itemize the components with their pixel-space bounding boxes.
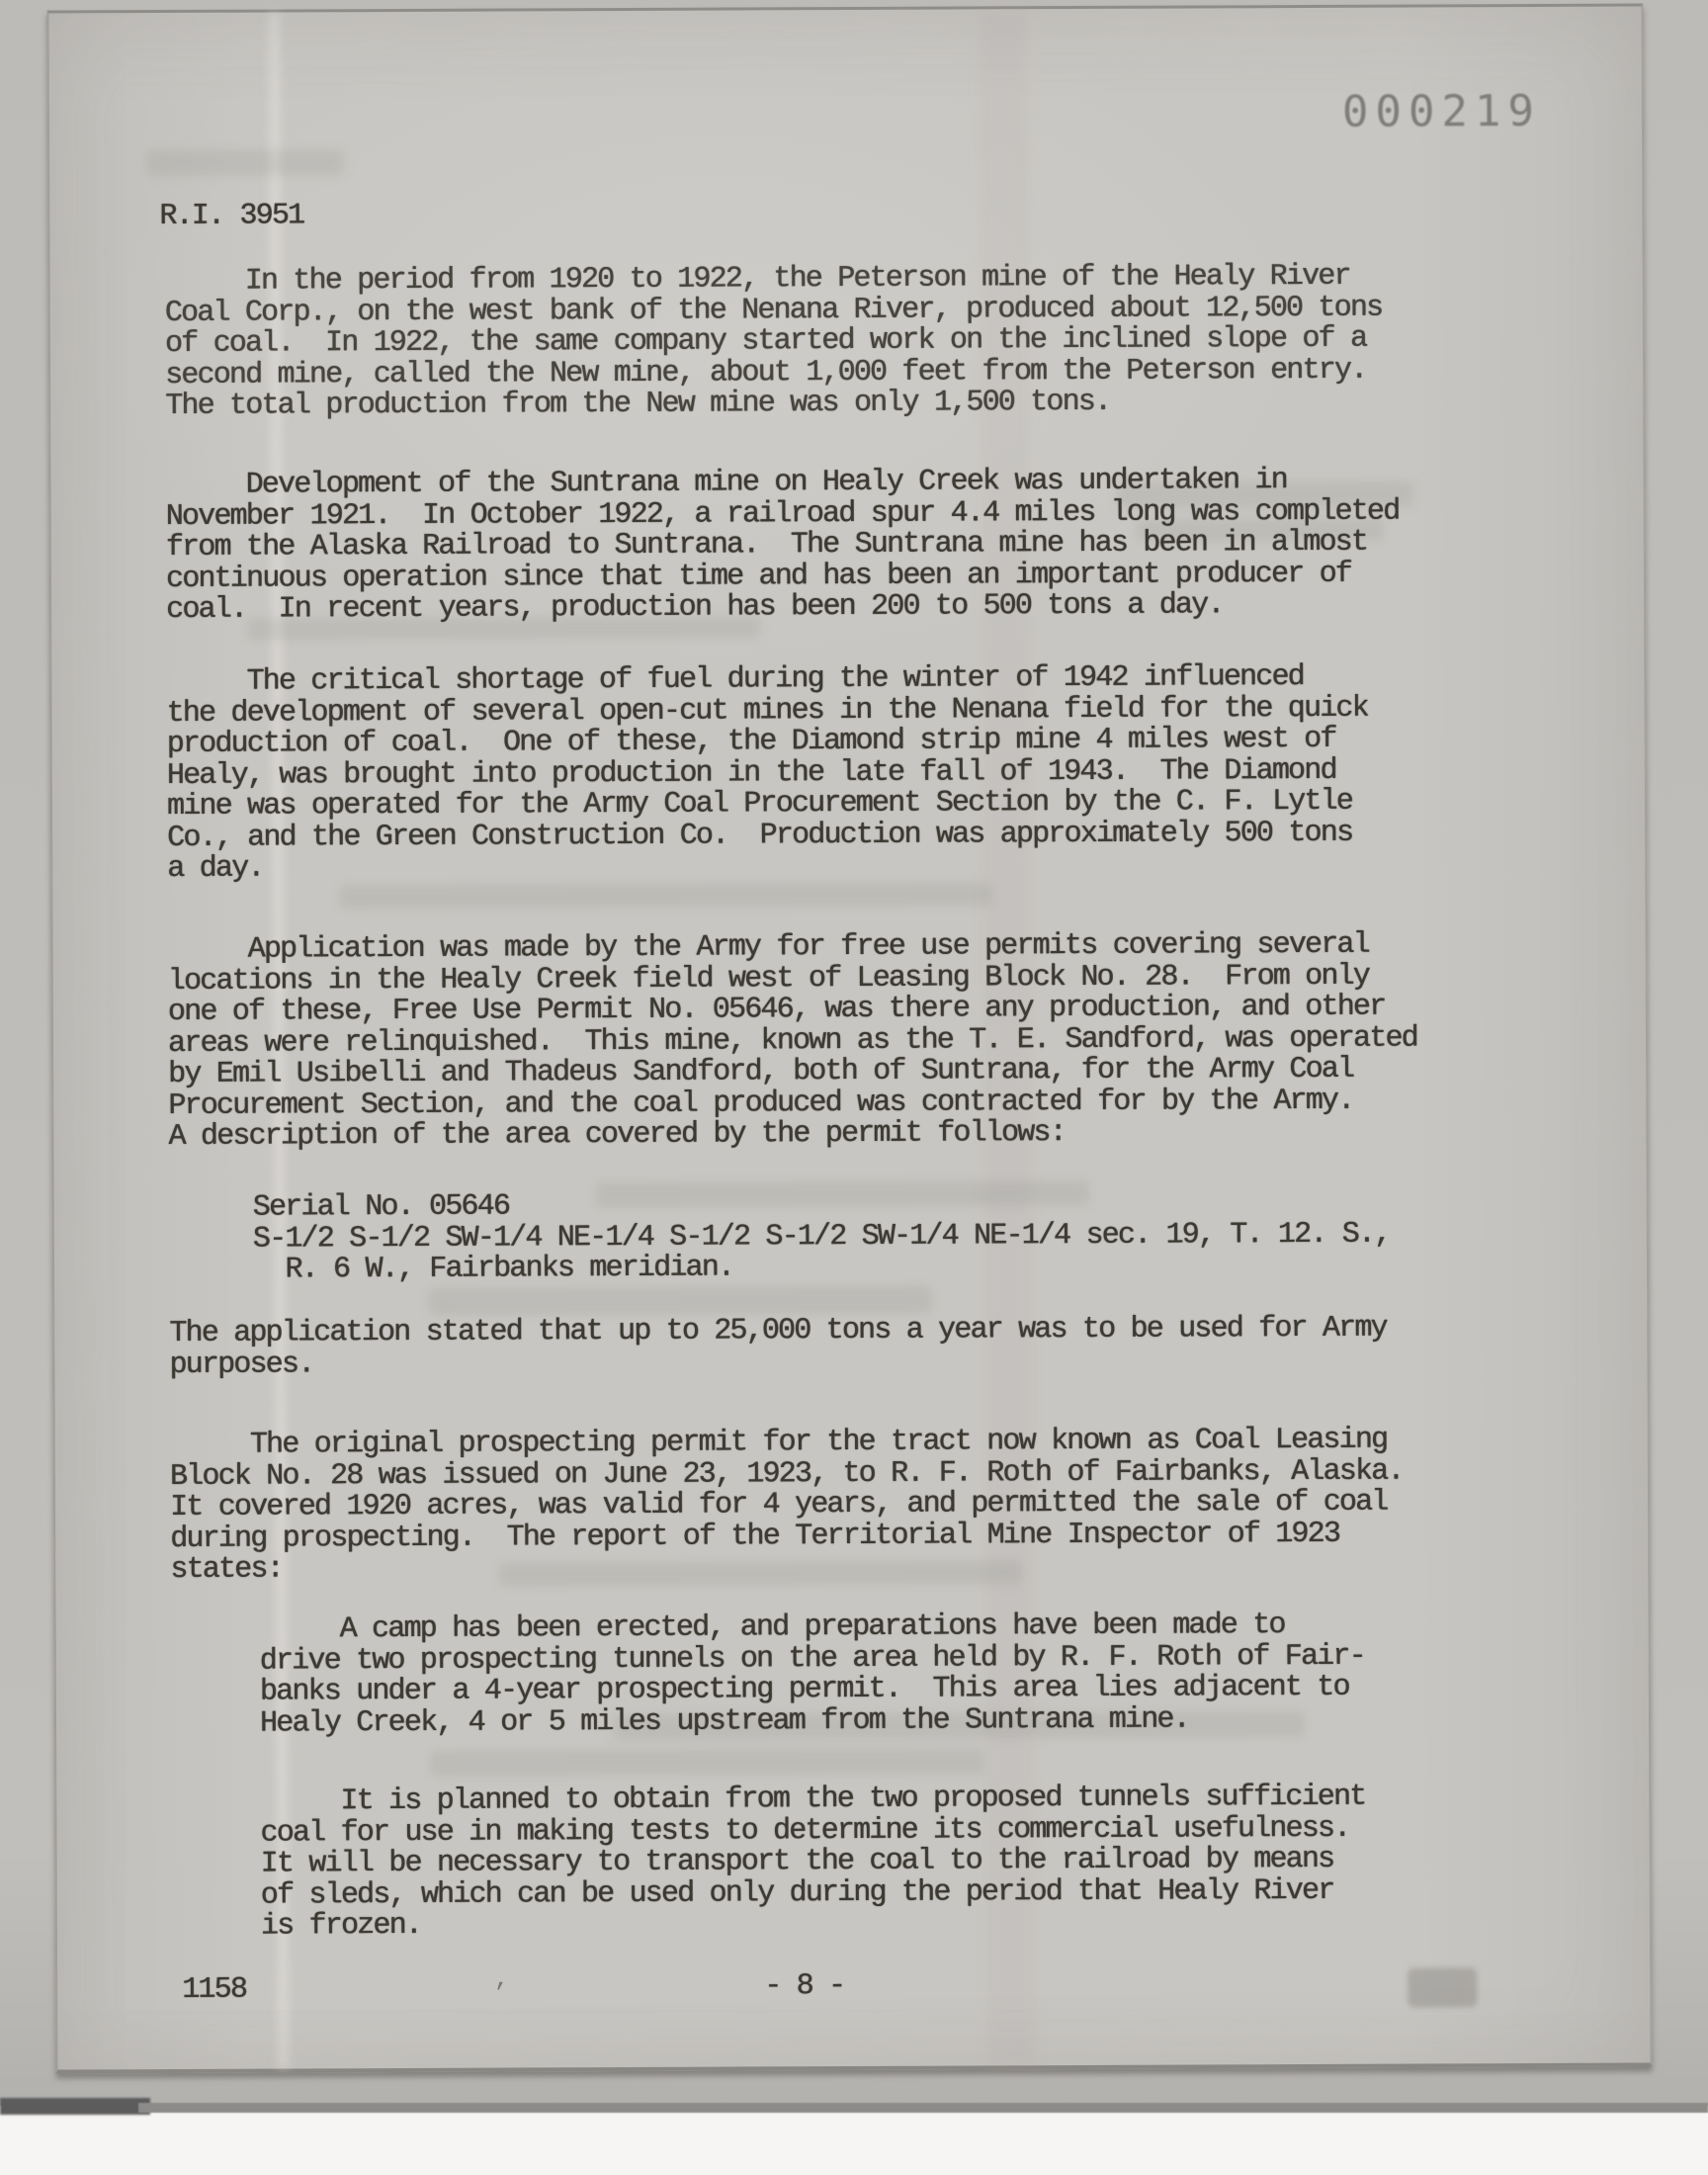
stray-pen-mark: ’ <box>492 1979 508 2009</box>
scan-bottom-edge-line <box>138 2103 1708 2113</box>
ink-bleed-smudge <box>428 1286 932 1316</box>
footer-document-number: 1158 <box>182 1975 246 2007</box>
stamp-number: 000219 <box>1342 86 1541 137</box>
footer-page-number: - 8 - <box>764 1971 844 2003</box>
paragraph: In the period from 1920 to 1922, the Pet… <box>165 262 1383 423</box>
paragraph: The original prospecting permit for the … <box>170 1426 1404 1587</box>
paragraph: Application was made by the Army for fre… <box>168 929 1418 1153</box>
report-id: R.I. 3951 <box>159 201 303 232</box>
scanned-document-page: 000219 R.I. 3951 In the period from 1920… <box>0 0 1708 2175</box>
ink-bleed-smudge <box>339 882 991 909</box>
block-quote: It is planned to obtain from the two pro… <box>260 1783 1366 1943</box>
paragraph: The application stated that up to 25,000… <box>169 1314 1387 1381</box>
scan-bottom-edge-fragment <box>0 2098 150 2115</box>
paragraph: The critical shortage of fuel during the… <box>166 662 1368 886</box>
ink-bleed-smudge <box>430 1748 983 1776</box>
paper-sheet: 000219 R.I. 3951 In the period from 1920… <box>46 3 1652 2073</box>
paragraph: Development of the Suntrana mine on Heal… <box>165 466 1399 627</box>
block-quote: A camp has been erected, and preparation… <box>260 1610 1366 1740</box>
ink-bleed-smudge <box>146 149 344 176</box>
ink-bleed-smudge <box>1408 1967 1477 2007</box>
serial-description-block: Serial No. 05646 S-1/2 S-1/2 SW-1/4 NE-1… <box>253 1188 1391 1287</box>
